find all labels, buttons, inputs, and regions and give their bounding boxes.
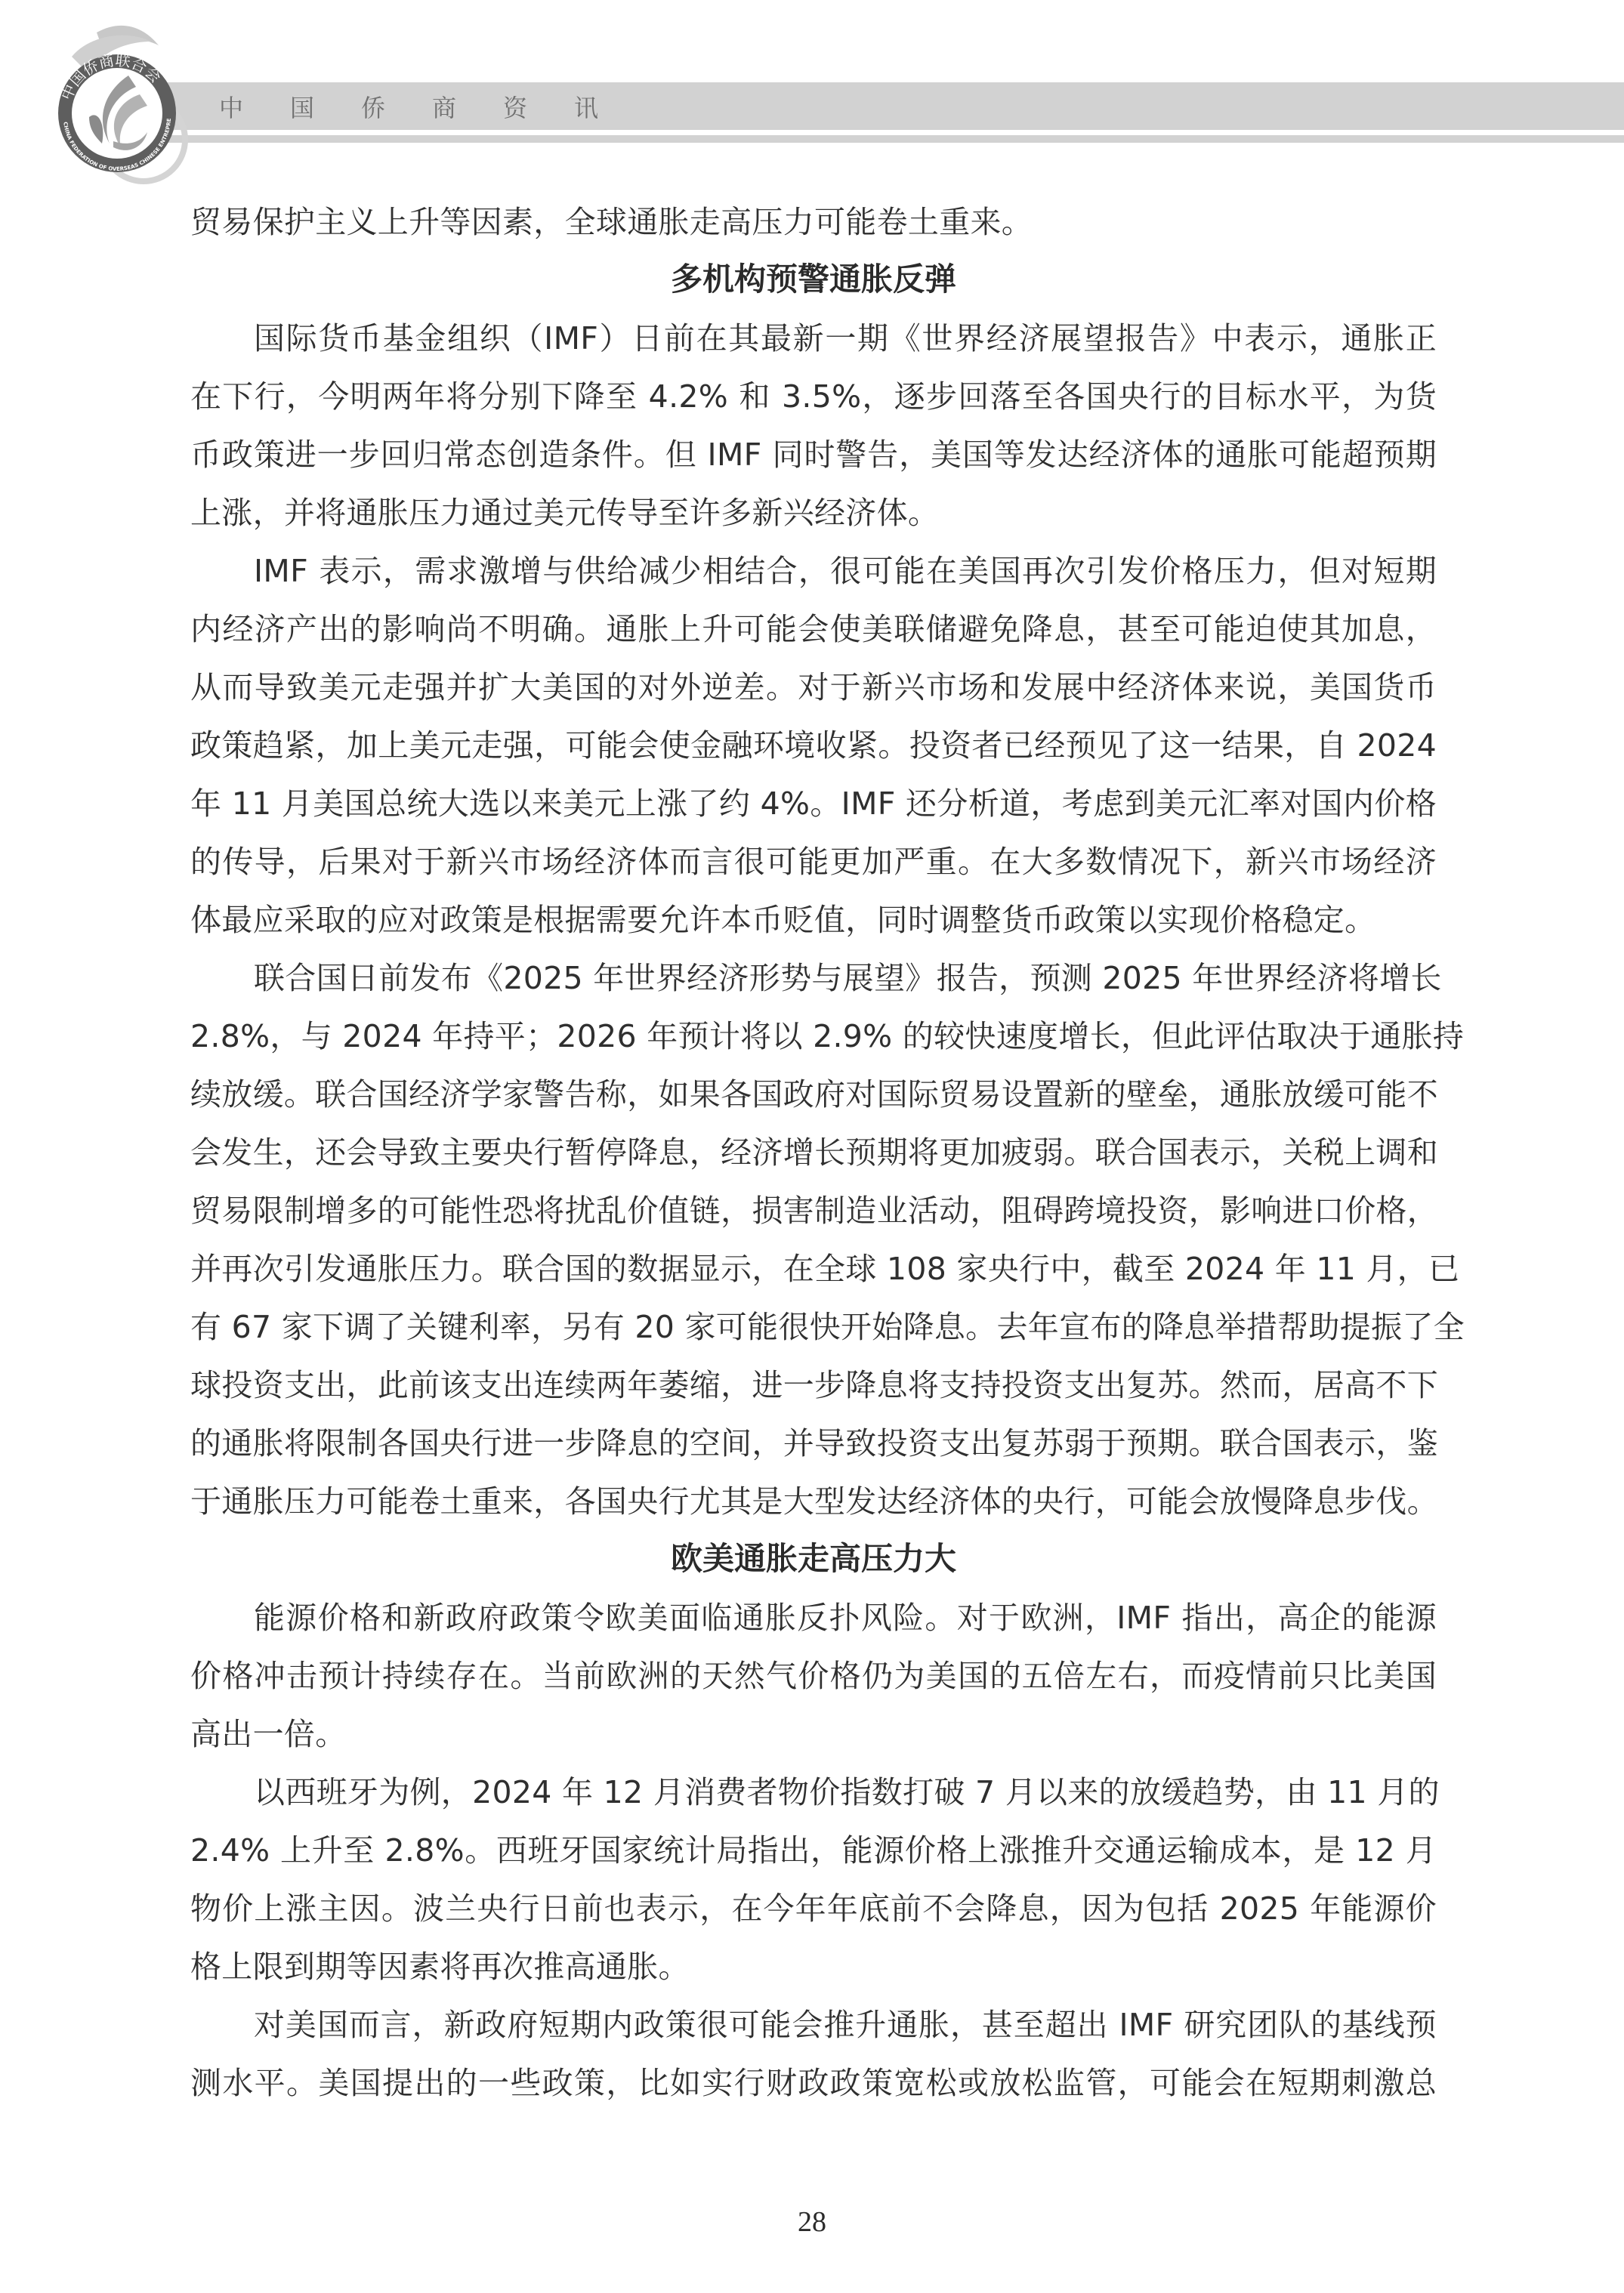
- text-line: 有 67 家下调了关键利率，另有 20 家可能很快开始降息。去年宣布的降息举措帮…: [190, 1307, 1437, 1366]
- text-line: 从而导致美元走强并扩大美国的对外逆差。对于新兴市场和发展中经济体来说，美国货币: [190, 668, 1437, 726]
- paragraph: 国际货币基金组织（IMF）日前在其最新一期《世界经济展望报告》中表示，通胀正 在…: [190, 319, 1437, 551]
- text-line: 年 11 月美国总统大选以来美元上涨了约 4%。IMF 还分析道，考虑到美元汇率…: [190, 784, 1437, 842]
- text-line: 价格冲击预计持续存在。当前欧洲的天然气价格仍为美国的五倍左右，而疫情前只比美国: [190, 1656, 1437, 1714]
- publication-title-char: 侨: [361, 89, 432, 124]
- publication-title-char: 商: [432, 89, 503, 124]
- text-line: IMF 表示，需求激增与供给减少相结合，很可能在美国再次引发价格压力，但对短期: [190, 551, 1437, 610]
- text-line: 以西班牙为例，2024 年 12 月消费者物价指数打破 7 月以来的放缓趋势，由…: [190, 1773, 1437, 1831]
- text-line: 国际货币基金组织（IMF）日前在其最新一期《世界经济展望报告》中表示，通胀正: [190, 319, 1437, 377]
- text-line: 对美国而言，新政府短期内政策很可能会推升通胀，甚至超出 IMF 研究团队的基线预: [190, 2005, 1437, 2063]
- section-heading: 多机构预警通胀反弹: [190, 261, 1437, 319]
- text-line: 球投资支出，此前该支出连续两年萎缩，进一步降息将支持投资支出复苏。然而，居高不下: [190, 1366, 1437, 1424]
- text-line: 2.4% 上升至 2.8%。西班牙国家统计局指出，能源价格上涨推升交通运输成本，…: [190, 1831, 1437, 1889]
- text-line: 物价上涨主因。波兰央行日前也表示，在今年年底前不会降息，因为包括 2025 年能…: [190, 1889, 1437, 1947]
- text-line: 联合国日前发布《2025 年世界经济形势与展望》报告，预测 2025 年世界经济…: [190, 958, 1437, 1017]
- text-line: 上涨，并将通胀压力通过美元传导至许多新兴经济体。: [190, 493, 1437, 551]
- text-line: 的通胀将限制各国央行进一步降息的空间，并导致投资支出复苏弱于预期。联合国表示，鉴: [190, 1424, 1437, 1482]
- text-line: 能源价格和新政府政策令欧美面临通胀反扑风险。对于欧洲，IMF 指出，高企的能源: [190, 1598, 1437, 1656]
- text-line: 会发生，还会导致主要央行暂停降息，经济增长预期将更加疲弱。联合国表示，关税上调和: [190, 1133, 1437, 1191]
- paragraph: 以西班牙为例，2024 年 12 月消费者物价指数打破 7 月以来的放缓趋势，由…: [190, 1773, 1437, 2005]
- text-line: 在下行，今明两年将分别下降至 4.2% 和 3.5%，逐步回落至各国央行的目标水…: [190, 377, 1437, 435]
- text-line: 续放缓。联合国经济学家警告称，如果各国政府对国际贸易设置新的壁垒，通胀放缓可能不: [190, 1075, 1437, 1133]
- text-line: 2.8%，与 2024 年持平；2026 年预计将以 2.9% 的较快速度增长，…: [190, 1017, 1437, 1075]
- text-line: 贸易限制增多的可能性恐将扰乱价值链，损害制造业活动，阻碍跨境投资，影响进口价格，: [190, 1191, 1437, 1249]
- publication-title: 中 国 侨 商 资 讯: [219, 85, 645, 128]
- text-line: 内经济产出的影响尚不明确。通胀上升可能会使美联储避免降息，甚至可能迫使其加息，: [190, 610, 1437, 668]
- paragraph: 联合国日前发布《2025 年世界经济形势与展望》报告，预测 2025 年世界经济…: [190, 958, 1437, 1540]
- text-line: 贸易保护主义上升等因素，全球通胀走高压力可能卷土重来。: [190, 202, 1437, 261]
- text-line: 格上限到期等因素将再次推高通胀。: [190, 1947, 1437, 2005]
- section-heading: 欧美通胀走高压力大: [190, 1540, 1437, 1598]
- paragraph: 对美国而言，新政府短期内政策很可能会推升通胀，甚至超出 IMF 研究团队的基线预…: [190, 2005, 1437, 2122]
- text-line: 体最应采取的应对政策是根据需要允许本币贬值，同时调整货币政策以实现价格稳定。: [190, 900, 1437, 958]
- publication-title-char: 讯: [574, 89, 645, 124]
- text-line: 于通胀压力可能卷土重来，各国央行尤其是大型发达经济体的央行，可能会放慢降息步伐。: [190, 1482, 1437, 1540]
- article-body: 贸易保护主义上升等因素，全球通胀走高压力可能卷土重来。 多机构预警通胀反弹 国际…: [190, 202, 1437, 2122]
- page-number: 28: [0, 2205, 1624, 2239]
- text-line: 测水平。美国提出的一些政策，比如实行财政政策宽松或放松监管，可能会在短期刺激总: [190, 2063, 1437, 2122]
- text-line: 币政策进一步回归常态创造条件。但 IMF 同时警告，美国等发达经济体的通胀可能超…: [190, 435, 1437, 493]
- federation-logo-icon: 中国侨商联合会 CHINA FEDERATION OF OVERSEAS CHI…: [30, 11, 227, 185]
- publication-title-char: 中: [219, 89, 290, 124]
- paragraph: IMF 表示，需求激增与供给减少相结合，很可能在美国再次引发价格压力，但对短期 …: [190, 551, 1437, 958]
- paragraph: 能源价格和新政府政策令欧美面临通胀反扑风险。对于欧洲，IMF 指出，高企的能源 …: [190, 1598, 1437, 1773]
- text-line: 政策趋紧，加上美元走强，可能会使金融环境收紧。投资者已经预见了这一结果，自 20…: [190, 726, 1437, 784]
- text-line: 并再次引发通胀压力。联合国的数据显示，在全球 108 家央行中，截至 2024 …: [190, 1249, 1437, 1307]
- publication-title-char: 国: [290, 89, 361, 124]
- text-line: 的传导，后果对于新兴市场经济体而言很可能更加严重。在大多数情况下，新兴市场经济: [190, 842, 1437, 900]
- text-line: 高出一倍。: [190, 1714, 1437, 1773]
- header-rule: [151, 135, 1624, 143]
- paragraph: 贸易保护主义上升等因素，全球通胀走高压力可能卷土重来。: [190, 202, 1437, 261]
- publication-title-char: 资: [503, 89, 574, 124]
